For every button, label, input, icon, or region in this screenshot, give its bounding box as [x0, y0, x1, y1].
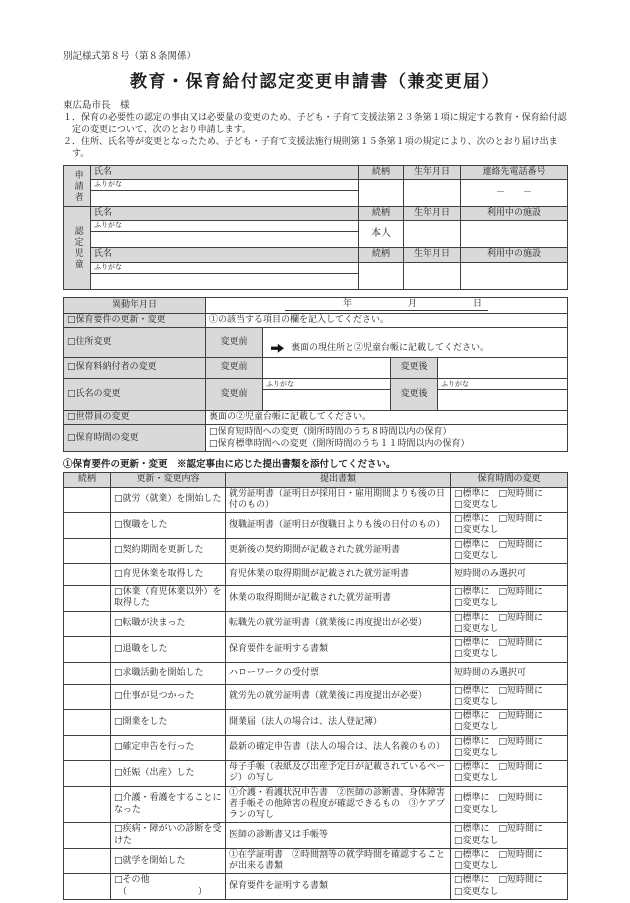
name-before-input-cell[interactable]: ふりがな: [263, 378, 391, 410]
documents-cell: 転職先の就労証明書（就業後に再度提出が必要）: [226, 611, 451, 637]
child2-relation-header: 続柄: [359, 248, 404, 262]
time-change-note-cell: 短時間のみ選択可: [451, 662, 568, 684]
change-item-checkbox[interactable]: □妊娠（出産）した: [111, 761, 226, 787]
short-time-checkbox[interactable]: □短時間に: [499, 850, 544, 860]
name-before-furigana-label: ふりがな: [263, 379, 390, 390]
change-item-checkbox[interactable]: □開業をした: [111, 710, 226, 736]
child1-facility-input-cell[interactable]: [461, 221, 568, 248]
applicant-children-table: 申請者 氏名 続柄 生年月日 連絡先電話番号 ふりがな － － 認定児童 氏名 …: [63, 165, 568, 290]
child2-relation-input-cell[interactable]: [359, 262, 404, 289]
move-date-input-cell[interactable]: 年月日: [206, 297, 568, 313]
name-after-label: 変更後: [391, 378, 438, 410]
no-change-checkbox[interactable]: □変更なし: [454, 773, 499, 783]
documents-cell: 保育要件を証明する書類: [226, 637, 451, 663]
address-change-checkbox[interactable]: □住所変更: [64, 327, 206, 357]
short-time-checkbox[interactable]: □短時間に: [499, 638, 544, 648]
time-change-options-cell: □標準に □短時間に□変更なし: [451, 823, 568, 849]
standard-time-checkbox[interactable]: □標準に: [454, 686, 490, 696]
change-item-checkbox[interactable]: □その他（ ）: [111, 874, 226, 900]
address-change-row: □住所変更 変更前 裏面の現住所と②児童台帳に記載してください。: [64, 327, 568, 357]
child2-name-header: 氏名: [91, 248, 359, 262]
no-change-checkbox[interactable]: □変更なし: [454, 836, 499, 846]
child2-furigana-label: ふりがな: [91, 262, 359, 273]
short-time-checkbox[interactable]: □短時間に: [499, 875, 544, 885]
documents-column-header: 提出書類: [226, 473, 451, 487]
form-page: 別記様式第８号（第８条関係） 教育・保育給付認定変更申請書（兼変更届） 東広島市…: [0, 0, 630, 900]
arrow-right-icon: [271, 344, 284, 353]
no-change-checkbox[interactable]: □変更なし: [454, 525, 499, 535]
short-time-checkbox[interactable]: □短時間に: [499, 587, 544, 597]
change-item-checkbox[interactable]: □就労（就業）を開始した: [111, 487, 226, 513]
no-change-checkbox[interactable]: □変更なし: [454, 624, 499, 634]
short-time-checkbox[interactable]: □短時間に: [499, 613, 544, 623]
change-items-table: 異動年月日 年月日 □保育要件の更新・変更 ①の該当する項目の欄を記入してくださ…: [63, 297, 568, 453]
move-date-label: 異動年月日: [64, 297, 206, 313]
standard-time-checkbox[interactable]: □標準に: [454, 613, 490, 623]
intro-paragraph-1: １．保育の必要性の認定の事由又は必要量の変更のため、子ども・子育て支援法第２３条…: [63, 113, 567, 137]
address-change-note: 裏面の現住所と②児童台帳に記載してください。: [291, 343, 489, 354]
no-change-checkbox[interactable]: □変更なし: [454, 805, 499, 815]
short-time-checkbox[interactable]: □短時間に: [499, 514, 544, 524]
name-before-write-area[interactable]: [263, 390, 390, 410]
time-change-options-cell: □標準に □短時間に□変更なし: [451, 611, 568, 637]
documents-cell: 最新の確定申告書（法人の場合は、法人名義のもの）: [226, 735, 451, 761]
household-change-row: □世帯員の変更 裏面の②児童台帳に記載してください。: [64, 410, 568, 424]
change-item-checkbox[interactable]: □契約期間を更新した: [111, 538, 226, 564]
requirement-row: □疾病・障がいの診断を受けた医師の診断書又は手帳等□標準に □短時間に□変更なし: [64, 823, 568, 849]
requirement-row: □転職が決まった転職先の就労証明書（就業後に再度提出が必要）□標準に □短時間に…: [64, 611, 568, 637]
time-change-options-cell: □標準に □短時間に□変更なし: [451, 487, 568, 513]
no-change-checkbox[interactable]: □変更なし: [454, 697, 499, 707]
applicant-furigana-label: ふりがな: [91, 180, 359, 191]
change-item-checkbox[interactable]: □復職をした: [111, 513, 226, 539]
household-change-checkbox[interactable]: □世帯員の変更: [64, 410, 206, 424]
short-time-checkbox[interactable]: □短時間に: [499, 737, 544, 747]
name-after-furigana-label: ふりがな: [438, 379, 567, 390]
documents-cell: 就労先の就労証明書（就業後に再度提出が必要）: [226, 684, 451, 710]
change-item-checkbox[interactable]: □転職が決まった: [111, 611, 226, 637]
time-change-options-cell: □標準に □短時間に□変更なし: [451, 710, 568, 736]
relation-input-cell[interactable]: [64, 538, 111, 564]
requirement-row: □就労（就業）を開始した就労証明書（証明日が採用日・雇用期間よりも後の日付のもの…: [64, 487, 568, 513]
move-date-row: 異動年月日 年月日: [64, 297, 568, 313]
applicant-name-header: 氏名: [91, 165, 359, 179]
requirements-change-note: ①の該当する項目の欄を記入してください。: [206, 313, 568, 327]
documents-cell: 更新後の契約期間が記載された就労証明書: [226, 538, 451, 564]
time-change-options-cell: □標準に □短時間に□変更なし: [451, 513, 568, 539]
time-change-options-cell: □標準に □短時間に□変更なし: [451, 786, 568, 823]
requirement-row: □契約期間を更新した更新後の契約期間が記載された就労証明書□標準に □短時間に□…: [64, 538, 568, 564]
child2-facility-input-cell[interactable]: [461, 262, 568, 289]
requirement-row: □就学を開始した①在学証明書 ②時間割等の就学時間を確認することが出来る書類□標…: [64, 848, 568, 874]
short-time-checkbox[interactable]: □短時間に: [499, 686, 544, 696]
name-after-input-cell[interactable]: ふりがな: [438, 378, 568, 410]
standard-time-checkbox[interactable]: □標準に: [454, 824, 490, 834]
requirement-row: □開業をした開業届（法人の場合は、法人登記簿）□標準に □短時間に□変更なし: [64, 710, 568, 736]
name-after-write-area[interactable]: [438, 390, 567, 410]
requirement-row: □妊娠（出産）した母子手帳（表紙及び出産予定日が記載されているページ）の写し□標…: [64, 761, 568, 787]
requirement-row: □その他（ ）保育要件を証明する書類□標準に □短時間に□変更なし: [64, 874, 568, 900]
applicant-phone-header: 連絡先電話番号: [461, 165, 568, 179]
child1-birth-header: 生年月日: [404, 207, 461, 221]
time-change-options-cell: □標準に □短時間に□変更なし: [451, 874, 568, 900]
time-change-options-cell: □標準に □短時間に□変更なし: [451, 586, 568, 612]
change-item-checkbox[interactable]: □疾病・障がいの診断を受けた: [111, 823, 226, 849]
content-column-header: 更新・変更内容: [111, 473, 226, 487]
standard-hours-option-checkbox[interactable]: □保育標準時間への変更（開所時間のうち１１時間以内の保育）: [209, 438, 564, 450]
standard-time-checkbox[interactable]: □標準に: [454, 762, 490, 772]
documents-cell: ①在学証明書 ②時間割等の就学時間を確認することが出来る書類: [226, 848, 451, 874]
relation-input-cell[interactable]: [64, 662, 111, 684]
change-item-checkbox[interactable]: □休業（育児休業以外）を取得した: [111, 586, 226, 612]
time-change-options-cell: □標準に □短時間に□変更なし: [451, 637, 568, 663]
documents-cell: 休業の取得期間が記載された就労証明書: [226, 586, 451, 612]
relation-input-cell[interactable]: [64, 586, 111, 612]
relation-input-cell[interactable]: [64, 684, 111, 710]
standard-time-checkbox[interactable]: □標準に: [454, 850, 490, 860]
child2-facility-header: 利用中の施設: [461, 248, 568, 262]
relation-input-cell[interactable]: [64, 564, 111, 586]
child1-facility-header: 利用中の施設: [461, 207, 568, 221]
standard-time-checkbox[interactable]: □標準に: [454, 793, 490, 803]
standard-time-checkbox[interactable]: □標準に: [454, 638, 490, 648]
change-item-checkbox[interactable]: □仕事が見つかった: [111, 684, 226, 710]
requirements-table: 続柄 更新・変更内容 提出書類 保育時間の変更 □就労（就業）を開始した就労証明…: [63, 472, 568, 900]
short-hours-option-checkbox[interactable]: □保育短時間への変更（開所時間のうち８時間以内の保育）: [209, 426, 564, 438]
change-item-checkbox[interactable]: □確定申告を行った: [111, 735, 226, 761]
requirements-rows: 続柄 更新・変更内容 提出書類 保育時間の変更 □就労（就業）を開始した就労証明…: [64, 473, 568, 900]
no-change-checkbox[interactable]: □変更なし: [454, 500, 499, 510]
applicant-birth-input-cell[interactable]: [404, 180, 461, 207]
household-change-note: 裏面の②児童台帳に記載してください。: [206, 410, 568, 424]
no-change-checkbox[interactable]: □変更なし: [454, 887, 499, 897]
requirement-row: □介護・看護をすることになった①介護・看護状況申告書 ②医師の診断書、身体障害者…: [64, 786, 568, 823]
intro-paragraph-2: ２．住所、氏名等が変更となったため、子ども・子育て支援法施行規則第１５条第１項の…: [63, 137, 567, 161]
applicant-group-label: 申請者: [64, 165, 91, 206]
month-unit: 月: [408, 299, 417, 309]
applicant-phone-input-cell[interactable]: － －: [461, 180, 568, 207]
child2-name-input-cell[interactable]: [91, 273, 359, 289]
requirement-row: □育児休業を取得した育児休業の取得期間が記載された就労証明書短時間のみ選択可: [64, 564, 568, 586]
standard-time-checkbox[interactable]: □標準に: [454, 587, 490, 597]
name-before-label: 変更前: [206, 378, 263, 410]
short-time-checkbox[interactable]: □短時間に: [499, 793, 544, 803]
time-change-note-cell: 短時間のみ選択可: [451, 564, 568, 586]
documents-cell: 保育要件を証明する書類: [226, 874, 451, 900]
change-item-checkbox[interactable]: □求職活動を開始した: [111, 662, 226, 684]
relation-input-cell[interactable]: [64, 823, 111, 849]
time-change-options-cell: □標準に □短時間に□変更なし: [451, 735, 568, 761]
documents-cell: 母子手帳（表紙及び出産予定日が記載されているページ）の写し: [226, 761, 451, 787]
standard-time-checkbox[interactable]: □標準に: [454, 489, 490, 499]
address-before-label: 変更前: [206, 327, 263, 357]
time-change-options-cell: □標準に □短時間に□変更なし: [451, 761, 568, 787]
name-change-row: □氏名の変更 変更前 ふりがな 変更後 ふりがな: [64, 378, 568, 410]
requirement-row: □確定申告を行った最新の確定申告書（法人の場合は、法人名義のもの）□標準に □短…: [64, 735, 568, 761]
child1-furigana-label: ふりがな: [91, 221, 359, 232]
child1-name-input-cell[interactable]: [91, 232, 359, 248]
requirements-change-checkbox[interactable]: □保育要件の更新・変更: [64, 313, 206, 327]
requirements-section-heading: ①保育要件の更新・変更 ※認定事由に応じた提出書類を添付してください。: [63, 456, 567, 470]
change-item-checkbox[interactable]: □就学を開始した: [111, 848, 226, 874]
payer-before-input-cell[interactable]: [263, 357, 391, 378]
no-change-checkbox[interactable]: □変更なし: [454, 861, 499, 871]
hours-options-cell: □保育短時間への変更（開所時間のうち８時間以内の保育） □保育標準時間への変更（…: [206, 425, 568, 452]
applicant-relation-header: 続柄: [359, 165, 404, 179]
relation-input-cell[interactable]: [64, 735, 111, 761]
relation-input-cell[interactable]: [64, 874, 111, 900]
relation-input-cell[interactable]: [64, 761, 111, 787]
relation-input-cell[interactable]: [64, 637, 111, 663]
documents-cell: 就労証明書（証明日が採用日・雇用期間よりも後の日付のもの）: [226, 487, 451, 513]
relation-input-cell[interactable]: [64, 710, 111, 736]
addressee: 東広島市長 様: [63, 97, 567, 111]
form-number: 別記様式第８号（第８条関係）: [63, 48, 567, 62]
time-change-options-cell: □標準に □短時間に□変更なし: [451, 684, 568, 710]
no-change-checkbox[interactable]: □変更なし: [454, 551, 499, 561]
payer-after-input-cell[interactable]: [438, 357, 568, 378]
applicant-name-input-cell[interactable]: [91, 191, 359, 207]
documents-cell: 育児休業の取得期間が記載された就労証明書: [226, 564, 451, 586]
standard-time-checkbox[interactable]: □標準に: [454, 875, 490, 885]
child1-relation-header: 続柄: [359, 207, 404, 221]
no-change-checkbox[interactable]: □変更なし: [454, 748, 499, 758]
child2-birth-header: 生年月日: [404, 248, 461, 262]
payer-change-checkbox[interactable]: □保育料納付者の変更: [64, 357, 206, 378]
standard-time-checkbox[interactable]: □標準に: [454, 737, 490, 747]
no-change-checkbox[interactable]: □変更なし: [454, 598, 499, 608]
requirement-row: □求職活動を開始したハローワークの受付票短時間のみ選択可: [64, 662, 568, 684]
no-change-checkbox[interactable]: □変更なし: [454, 722, 499, 732]
payer-before-label: 変更前: [206, 357, 263, 378]
child1-name-header: 氏名: [91, 207, 359, 221]
standard-time-checkbox[interactable]: □標準に: [454, 514, 490, 524]
year-unit: 年: [343, 299, 352, 309]
applicant-birth-header: 生年月日: [404, 165, 461, 179]
standard-time-checkbox[interactable]: □標準に: [454, 711, 490, 721]
requirement-row: □退職をした保育要件を証明する書類□標準に □短時間に□変更なし: [64, 637, 568, 663]
change-item-checkbox[interactable]: □育児休業を取得した: [111, 564, 226, 586]
documents-cell: 開業届（法人の場合は、法人登記簿）: [226, 710, 451, 736]
change-item-checkbox[interactable]: □介護・看護をすることになった: [111, 786, 226, 823]
short-time-checkbox[interactable]: □短時間に: [499, 824, 544, 834]
time-change-options-cell: □標準に □短時間に□変更なし: [451, 848, 568, 874]
day-unit: 日: [473, 299, 482, 309]
relation-input-cell[interactable]: [64, 487, 111, 513]
other-fill-in-parentheses[interactable]: （ ）: [114, 887, 208, 897]
applicant-relation-input-cell[interactable]: [359, 180, 404, 207]
child2-birth-input-cell[interactable]: [404, 262, 461, 289]
date-blank-line: 年月日: [285, 299, 488, 311]
short-time-checkbox[interactable]: □短時間に: [499, 489, 544, 499]
address-before-input-cell[interactable]: 裏面の現住所と②児童台帳に記載してください。: [263, 327, 568, 357]
relation-column-header: 続柄: [64, 473, 111, 487]
hours-change-row: □保育時間の変更 □保育短時間への変更（開所時間のうち８時間以内の保育） □保育…: [64, 425, 568, 452]
requirements-header-row: 続柄 更新・変更内容 提出書類 保育時間の変更: [64, 473, 568, 487]
payer-after-label: 変更後: [391, 357, 438, 378]
time-change-options-cell: □標準に □短時間に□変更なし: [451, 538, 568, 564]
page-title: 教育・保育給付認定変更申請書（兼変更届）: [63, 67, 567, 92]
requirements-change-row: □保育要件の更新・変更 ①の該当する項目の欄を記入してください。: [64, 313, 568, 327]
documents-cell: 復職証明書（証明日が復職日よりも後の日付のもの）: [226, 513, 451, 539]
no-change-checkbox[interactable]: □変更なし: [454, 649, 499, 659]
short-time-checkbox[interactable]: □短時間に: [499, 762, 544, 772]
children-group-label: 認定児童: [64, 207, 91, 290]
documents-cell: ①介護・看護状況申告書 ②医師の診断書、身体障害者手帳その他障害の程度が確認でき…: [226, 786, 451, 823]
child1-birth-input-cell[interactable]: [404, 221, 461, 248]
requirement-row: □休業（育児休業以外）を取得した休業の取得期間が記載された就労証明書□標準に □…: [64, 586, 568, 612]
relation-input-cell[interactable]: [64, 848, 111, 874]
short-time-checkbox[interactable]: □短時間に: [499, 540, 544, 550]
short-time-checkbox[interactable]: □短時間に: [499, 711, 544, 721]
standard-time-checkbox[interactable]: □標準に: [454, 540, 490, 550]
time-change-column-header: 保育時間の変更: [451, 473, 568, 487]
documents-cell: ハローワークの受付票: [226, 662, 451, 684]
relation-input-cell[interactable]: [64, 786, 111, 823]
hours-change-checkbox[interactable]: □保育時間の変更: [64, 425, 206, 452]
payer-change-row: □保育料納付者の変更 変更前 変更後: [64, 357, 568, 378]
requirement-row: □復職をした復職証明書（証明日が復職日よりも後の日付のもの）□標準に □短時間に…: [64, 513, 568, 539]
requirement-row: □仕事が見つかった就労先の就労証明書（就業後に再度提出が必要）□標準に □短時間…: [64, 684, 568, 710]
change-item-checkbox[interactable]: □退職をした: [111, 637, 226, 663]
relation-input-cell[interactable]: [64, 513, 111, 539]
name-change-checkbox[interactable]: □氏名の変更: [64, 378, 206, 410]
documents-cell: 医師の診断書又は手帳等: [226, 823, 451, 849]
relation-input-cell[interactable]: [64, 611, 111, 637]
child1-relation-value: 本人: [359, 221, 404, 248]
